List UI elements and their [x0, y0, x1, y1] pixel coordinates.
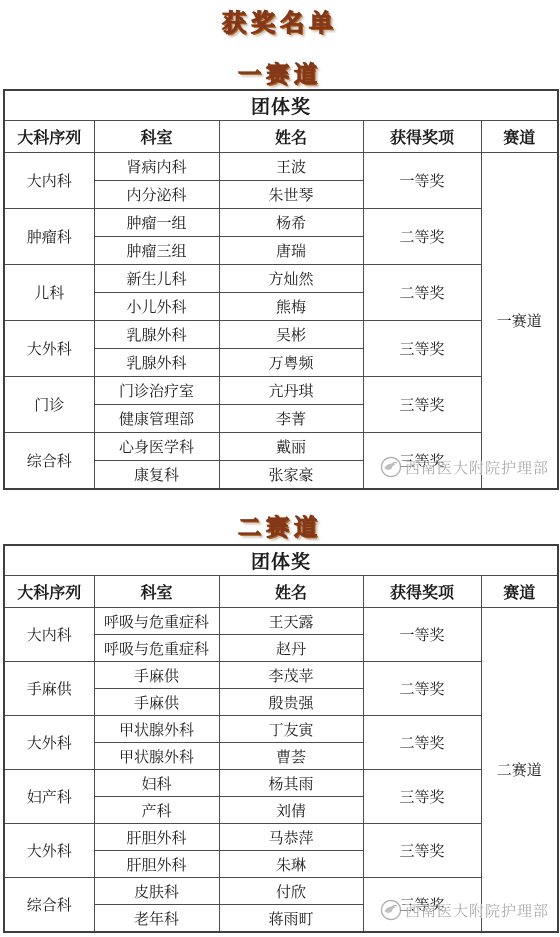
name-cell: 朱世琴 — [219, 181, 363, 209]
award-cell: 三等奖 — [363, 377, 481, 433]
track-1-table-wrap: 团体奖大科序列科室姓名获得奖项赛道大内科肾病内科王波一等奖一赛道内分泌科朱世琴肿… — [3, 89, 557, 490]
award-cell: 二等奖 — [363, 716, 481, 770]
award-cell: 二等奖 — [363, 662, 481, 716]
dept-cell: 肾病内科 — [94, 153, 219, 181]
name-cell: 张家豪 — [219, 461, 363, 490]
award-cell: 一等奖 — [363, 608, 481, 662]
name-cell: 方灿然 — [219, 265, 363, 293]
dept-cell: 甲状腺外科 — [94, 716, 219, 743]
dept-cell: 健康管理部 — [94, 405, 219, 433]
table-title: 团体奖 — [4, 545, 558, 576]
track-section-2: 二赛道 团体奖大科序列科室姓名获得奖项赛道大内科呼吸与危重症科王天露一等奖二赛道… — [0, 516, 560, 933]
dept-cell: 肝胆外科 — [94, 824, 219, 851]
dept-cell: 新生儿科 — [94, 265, 219, 293]
group-cell: 综合科 — [4, 878, 94, 933]
track-2-heading: 二赛道 — [0, 516, 560, 539]
header-cell: 获得奖项 — [363, 121, 481, 153]
name-cell: 丁友寅 — [219, 716, 363, 743]
name-cell: 付欣 — [219, 878, 363, 905]
name-cell: 亢丹琪 — [219, 377, 363, 405]
dept-cell: 妇科 — [94, 770, 219, 797]
group-cell: 手麻供 — [4, 662, 94, 716]
header-cell: 赛道 — [481, 576, 558, 608]
table-row: 大外科肝胆外科马恭萍三等奖 — [4, 824, 558, 851]
award-table-track-2: 团体奖大科序列科室姓名获得奖项赛道大内科呼吸与危重症科王天露一等奖二赛道呼吸与危… — [3, 544, 559, 933]
name-cell: 杨希 — [219, 209, 363, 237]
table-row: 综合科心身医学科戴丽三等奖 — [4, 433, 558, 461]
name-cell: 戴丽 — [219, 433, 363, 461]
name-cell: 王天露 — [219, 608, 363, 635]
table-row: 大内科呼吸与危重症科王天露一等奖二赛道 — [4, 608, 558, 635]
name-cell: 李菁 — [219, 405, 363, 433]
track-2-table-wrap: 团体奖大科序列科室姓名获得奖项赛道大内科呼吸与危重症科王天露一等奖二赛道呼吸与危… — [3, 544, 557, 933]
track-cell: 一赛道 — [481, 153, 558, 490]
dept-cell: 皮肤科 — [94, 878, 219, 905]
table-row: 门诊门诊治疗室亢丹琪三等奖 — [4, 377, 558, 405]
table-title-row: 团体奖 — [4, 90, 558, 121]
dept-cell: 肝胆外科 — [94, 851, 219, 878]
group-cell: 儿科 — [4, 265, 94, 321]
header-cell: 大科序列 — [4, 576, 94, 608]
table-title-row: 团体奖 — [4, 545, 558, 576]
award-document: 获奖名单 一赛道 团体奖大科序列科室姓名获得奖项赛道大内科肾病内科王波一等奖一赛… — [0, 12, 560, 933]
table-row: 儿科新生儿科方灿然二等奖 — [4, 265, 558, 293]
group-cell: 综合科 — [4, 433, 94, 490]
dept-cell: 肿瘤三组 — [94, 237, 219, 265]
track-section-1: 一赛道 团体奖大科序列科室姓名获得奖项赛道大内科肾病内科王波一等奖一赛道内分泌科… — [0, 63, 560, 490]
table-row: 手麻供手麻供李茂苹二等奖 — [4, 662, 558, 689]
name-cell: 殷贵强 — [219, 689, 363, 716]
group-cell: 大外科 — [4, 824, 94, 878]
table-row: 大外科甲状腺外科丁友寅二等奖 — [4, 716, 558, 743]
name-cell: 杨其雨 — [219, 770, 363, 797]
table-title: 团体奖 — [4, 90, 558, 121]
table-row: 肿瘤科肿瘤一组杨希二等奖 — [4, 209, 558, 237]
award-table-track-1: 团体奖大科序列科室姓名获得奖项赛道大内科肾病内科王波一等奖一赛道内分泌科朱世琴肿… — [3, 89, 559, 490]
dept-cell: 康复科 — [94, 461, 219, 490]
page-title: 获奖名单 — [0, 12, 560, 36]
dept-cell: 内分泌科 — [94, 181, 219, 209]
name-cell: 熊梅 — [219, 293, 363, 321]
header-cell: 获得奖项 — [363, 576, 481, 608]
dept-cell: 乳腺外科 — [94, 349, 219, 377]
award-cell: 三等奖 — [363, 433, 481, 490]
group-cell: 妇产科 — [4, 770, 94, 824]
dept-cell: 呼吸与危重症科 — [94, 635, 219, 662]
name-cell: 万粤频 — [219, 349, 363, 377]
name-cell: 曹荟 — [219, 743, 363, 770]
group-cell: 大外科 — [4, 716, 94, 770]
dept-cell: 乳腺外科 — [94, 321, 219, 349]
name-cell: 王波 — [219, 153, 363, 181]
header-cell: 大科序列 — [4, 121, 94, 153]
table-row: 综合科皮肤科付欣三等奖 — [4, 878, 558, 905]
header-row: 大科序列科室姓名获得奖项赛道 — [4, 576, 558, 608]
award-cell: 一等奖 — [363, 153, 481, 209]
table-row: 大内科肾病内科王波一等奖一赛道 — [4, 153, 558, 181]
award-cell: 三等奖 — [363, 824, 481, 878]
header-row: 大科序列科室姓名获得奖项赛道 — [4, 121, 558, 153]
award-cell: 三等奖 — [363, 770, 481, 824]
name-cell: 李茂苹 — [219, 662, 363, 689]
name-cell: 刘倩 — [219, 797, 363, 824]
group-cell: 肿瘤科 — [4, 209, 94, 265]
dept-cell: 老年科 — [94, 905, 219, 933]
dept-cell: 呼吸与危重症科 — [94, 608, 219, 635]
header-cell: 姓名 — [219, 121, 363, 153]
name-cell: 吴彬 — [219, 321, 363, 349]
track-1-heading: 一赛道 — [0, 63, 560, 86]
award-cell: 三等奖 — [363, 878, 481, 933]
dept-cell: 肿瘤一组 — [94, 209, 219, 237]
dept-cell: 甲状腺外科 — [94, 743, 219, 770]
dept-cell: 手麻供 — [94, 689, 219, 716]
group-cell: 大内科 — [4, 608, 94, 662]
dept-cell: 产科 — [94, 797, 219, 824]
group-cell: 大内科 — [4, 153, 94, 209]
dept-cell: 手麻供 — [94, 662, 219, 689]
group-cell: 门诊 — [4, 377, 94, 433]
name-cell: 唐瑞 — [219, 237, 363, 265]
award-cell: 二等奖 — [363, 209, 481, 265]
dept-cell: 门诊治疗室 — [94, 377, 219, 405]
header-cell: 赛道 — [481, 121, 558, 153]
name-cell: 蒋雨町 — [219, 905, 363, 933]
dept-cell: 小儿外科 — [94, 293, 219, 321]
table-row: 妇产科妇科杨其雨三等奖 — [4, 770, 558, 797]
name-cell: 赵丹 — [219, 635, 363, 662]
track-cell: 二赛道 — [481, 608, 558, 933]
name-cell: 马恭萍 — [219, 824, 363, 851]
name-cell: 朱琳 — [219, 851, 363, 878]
dept-cell: 心身医学科 — [94, 433, 219, 461]
header-cell: 科室 — [94, 121, 219, 153]
table-row: 大外科乳腺外科吴彬三等奖 — [4, 321, 558, 349]
award-cell: 二等奖 — [363, 265, 481, 321]
award-cell: 三等奖 — [363, 321, 481, 377]
header-cell: 科室 — [94, 576, 219, 608]
header-cell: 姓名 — [219, 576, 363, 608]
group-cell: 大外科 — [4, 321, 94, 377]
